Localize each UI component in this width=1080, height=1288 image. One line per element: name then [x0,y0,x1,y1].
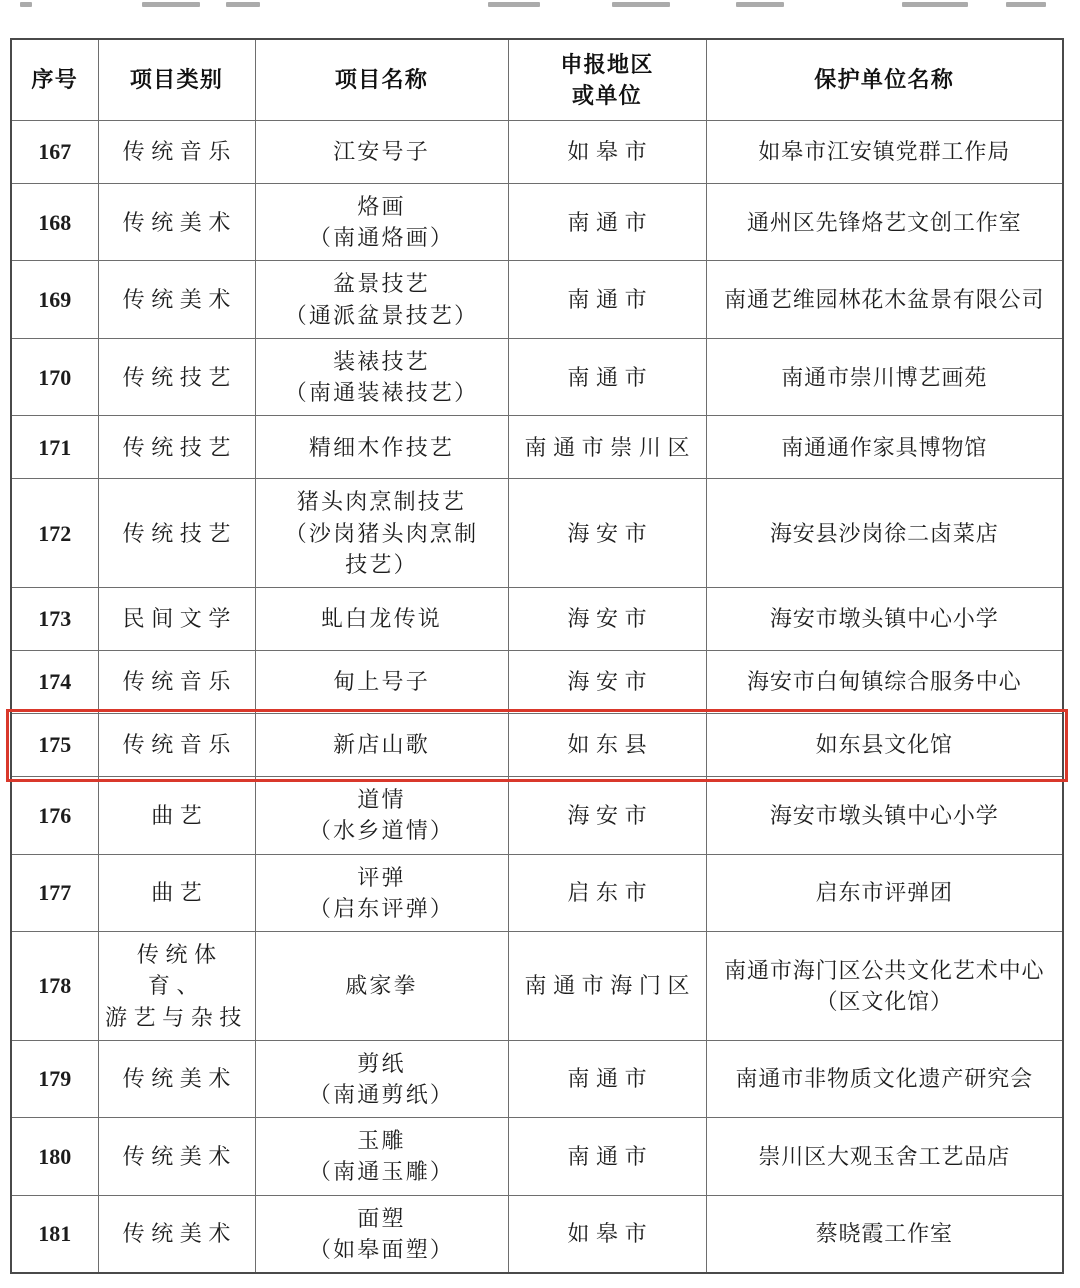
row-number-cell: 176 [11,777,98,854]
heritage-projects-table: 序号 项目类别 项目名称 申报地区 或单位 保护单位名称 167 传统音乐 江安… [10,38,1064,1274]
category-cell: 民间文学 [98,588,255,651]
unit-cell: 南通通作家具博物馆 [706,416,1063,479]
row-number-cell: 174 [11,651,98,714]
column-header-region: 申报地区 或单位 [508,39,706,121]
category-cell: 传统美术 [98,1040,255,1117]
project-name-cell: 玉雕 （南通玉雕） [255,1118,508,1195]
table-row: 177 曲艺 评弹 （启东评弹） 启东市 启东市评弹团 [11,854,1063,931]
unit-cell: 崇川区大观玉舍工艺品店 [706,1118,1063,1195]
table-row: 169 传统美术 盆景技艺 （通派盆景技艺） 南通市 南通艺维园林花木盆景有限公… [11,261,1063,338]
column-header-unit: 保护单位名称 [706,39,1063,121]
table-row: 179 传统美术 剪纸 （南通剪纸） 南通市 南通市非物质文化遗产研究会 [11,1040,1063,1117]
row-number-cell: 175 [11,714,98,777]
unit-cell: 通州区先锋烙艺文创工作室 [706,184,1063,261]
unit-cell: 南通市海门区公共文化艺术中心（区文化馆） [706,932,1063,1041]
row-number-cell: 167 [11,121,98,184]
column-header-category: 项目类别 [98,39,255,121]
project-name-cell: 盆景技艺 （通派盆景技艺） [255,261,508,338]
row-number-cell: 170 [11,338,98,415]
unit-cell: 海安县沙岗徐二卤菜店 [706,479,1063,588]
project-name-cell: 烙画 （南通烙画） [255,184,508,261]
table-row: 170 传统技艺 装裱技艺 （南通装裱技艺） 南通市 南通市崇川博艺画苑 [11,338,1063,415]
table-row: 168 传统美术 烙画 （南通烙画） 南通市 通州区先锋烙艺文创工作室 [11,184,1063,261]
category-cell: 传统音乐 [98,121,255,184]
region-cell: 如东县 [508,714,706,777]
category-cell: 传统技艺 [98,416,255,479]
text-fragment [226,2,260,7]
project-name-cell: 新店山歌 [255,714,508,777]
category-cell: 传统美术 [98,1118,255,1195]
project-name-cell: 虬白龙传说 [255,588,508,651]
column-header-name: 项目名称 [255,39,508,121]
region-cell: 海安市 [508,777,706,854]
row-number-cell: 171 [11,416,98,479]
table-row: 173 民间文学 虬白龙传说 海安市 海安市墩头镇中心小学 [11,588,1063,651]
table-body: 167 传统音乐 江安号子 如皋市 如皋市江安镇党群工作局 168 传统美术 烙… [11,121,1063,1274]
unit-cell: 如东县文化馆 [706,714,1063,777]
project-name-cell: 江安号子 [255,121,508,184]
table-row: 178 传统体育、 游艺与杂技 戚家拳 南通市海门区 南通市海门区公共文化艺术中… [11,932,1063,1041]
region-cell: 南通市崇川区 [508,416,706,479]
region-cell: 如皋市 [508,121,706,184]
region-cell: 南通市 [508,1118,706,1195]
region-cell: 南通市海门区 [508,932,706,1041]
project-name-cell: 道情 （水乡道情） [255,777,508,854]
column-header-number: 序号 [11,39,98,121]
table-row-highlighted: 175 传统音乐 新店山歌 如东县 如东县文化馆 [11,714,1063,777]
category-cell: 传统技艺 [98,479,255,588]
unit-cell: 海安市墩头镇中心小学 [706,777,1063,854]
row-number-cell: 172 [11,479,98,588]
table-row: 176 曲艺 道情 （水乡道情） 海安市 海安市墩头镇中心小学 [11,777,1063,854]
cropped-row-fragments [0,0,1080,12]
unit-cell: 蔡晓霞工作室 [706,1195,1063,1273]
project-name-cell: 精细木作技艺 [255,416,508,479]
unit-cell: 南通艺维园林花木盆景有限公司 [706,261,1063,338]
region-cell: 南通市 [508,261,706,338]
category-cell: 传统音乐 [98,714,255,777]
table-header: 序号 项目类别 项目名称 申报地区 或单位 保护单位名称 [11,39,1063,121]
text-fragment [488,2,540,7]
region-cell: 如皋市 [508,1195,706,1273]
region-cell: 启东市 [508,854,706,931]
row-number-cell: 177 [11,854,98,931]
project-name-cell: 戚家拳 [255,932,508,1041]
region-cell: 南通市 [508,338,706,415]
region-cell: 海安市 [508,588,706,651]
project-name-cell: 面塑 （如皋面塑） [255,1195,508,1273]
category-cell: 传统体育、 游艺与杂技 [98,932,255,1041]
unit-cell: 南通市非物质文化遗产研究会 [706,1040,1063,1117]
project-name-cell: 装裱技艺 （南通装裱技艺） [255,338,508,415]
table-header-row: 序号 项目类别 项目名称 申报地区 或单位 保护单位名称 [11,39,1063,121]
text-fragment [902,2,968,7]
region-cell: 南通市 [508,184,706,261]
category-cell: 传统音乐 [98,651,255,714]
unit-cell: 如皋市江安镇党群工作局 [706,121,1063,184]
row-number-cell: 173 [11,588,98,651]
text-fragment [20,2,32,7]
region-cell: 南通市 [508,1040,706,1117]
project-name-cell: 猪头肉烹制技艺 （沙岗猪头肉烹制 技艺） [255,479,508,588]
row-number-cell: 181 [11,1195,98,1273]
text-fragment [1006,2,1046,7]
table-row: 171 传统技艺 精细木作技艺 南通市崇川区 南通通作家具博物馆 [11,416,1063,479]
category-cell: 传统美术 [98,1195,255,1273]
category-cell: 传统美术 [98,261,255,338]
document-page: 序号 项目类别 项目名称 申报地区 或单位 保护单位名称 167 传统音乐 江安… [0,0,1080,1288]
row-number-cell: 168 [11,184,98,261]
unit-cell: 海安市白甸镇综合服务中心 [706,651,1063,714]
category-cell: 曲艺 [98,777,255,854]
region-cell: 海安市 [508,651,706,714]
row-number-cell: 179 [11,1040,98,1117]
region-cell: 海安市 [508,479,706,588]
table-row: 180 传统美术 玉雕 （南通玉雕） 南通市 崇川区大观玉舍工艺品店 [11,1118,1063,1195]
project-name-cell: 剪纸 （南通剪纸） [255,1040,508,1117]
table-row: 174 传统音乐 甸上号子 海安市 海安市白甸镇综合服务中心 [11,651,1063,714]
table-row: 172 传统技艺 猪头肉烹制技艺 （沙岗猪头肉烹制 技艺） 海安市 海安县沙岗徐… [11,479,1063,588]
project-name-cell: 甸上号子 [255,651,508,714]
row-number-cell: 180 [11,1118,98,1195]
row-number-cell: 178 [11,932,98,1041]
category-cell: 曲艺 [98,854,255,931]
table-row: 167 传统音乐 江安号子 如皋市 如皋市江安镇党群工作局 [11,121,1063,184]
text-fragment [612,2,670,7]
text-fragment [736,2,784,7]
unit-cell: 南通市崇川博艺画苑 [706,338,1063,415]
project-name-cell: 评弹 （启东评弹） [255,854,508,931]
category-cell: 传统技艺 [98,338,255,415]
unit-cell: 海安市墩头镇中心小学 [706,588,1063,651]
row-number-cell: 169 [11,261,98,338]
category-cell: 传统美术 [98,184,255,261]
text-fragment [142,2,200,7]
unit-cell: 启东市评弹团 [706,854,1063,931]
table-row: 181 传统美术 面塑 （如皋面塑） 如皋市 蔡晓霞工作室 [11,1195,1063,1273]
